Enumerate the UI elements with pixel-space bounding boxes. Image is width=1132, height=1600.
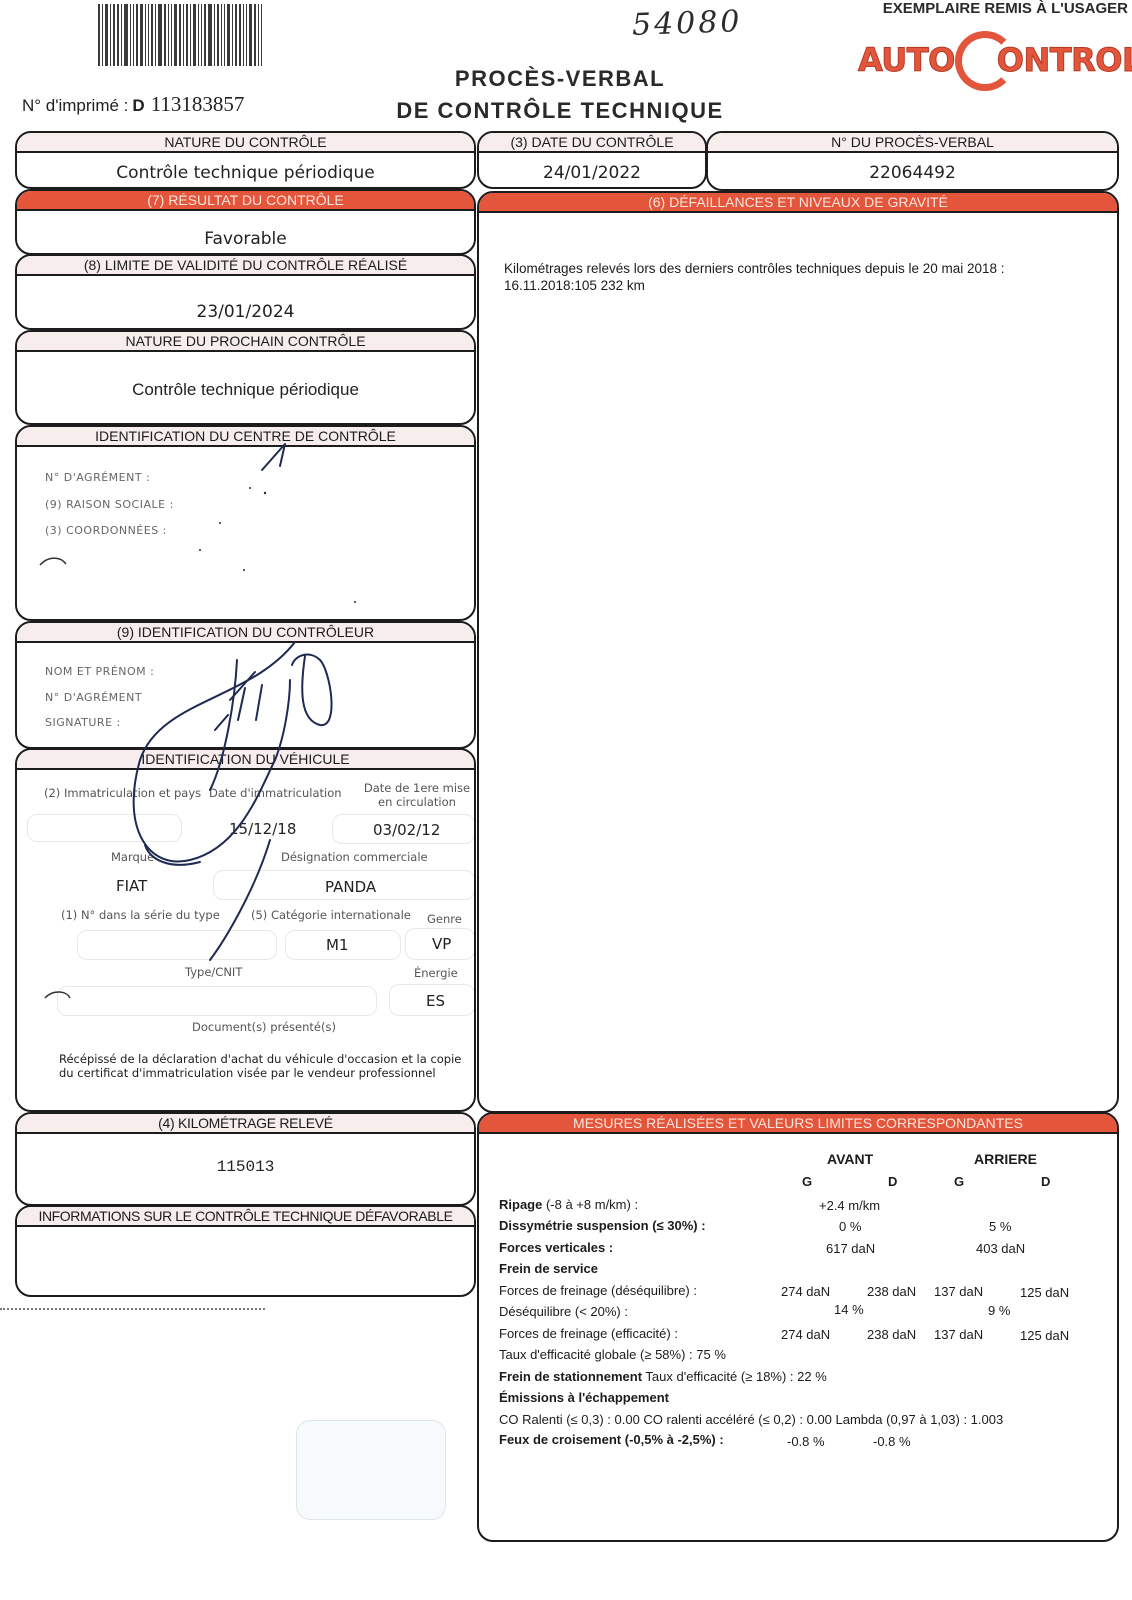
prochain-controle-value: Contrôle technique périodique xyxy=(17,352,474,400)
genre-value: VP xyxy=(432,935,451,953)
barcode xyxy=(98,4,358,66)
designation-label: Désignation commerciale xyxy=(281,850,428,864)
ripage-row: Ripage (-8 à +8 m/km) : xyxy=(499,1197,638,1212)
resultat-label: (7) RÉSULTAT DU CONTRÔLE xyxy=(17,191,474,211)
frein-stationnement-value: Taux d'efficacité (≥ 18%) : 22 % xyxy=(645,1369,826,1384)
freinage-deseq-ard: 125 daN xyxy=(1020,1285,1069,1300)
prochain-controle-box: NATURE DU PROCHAIN CONTRÔLE Contrôle tec… xyxy=(15,330,476,425)
type-cnit-field xyxy=(57,986,377,1016)
feux-limit: (-0,5% à -2,5%) : xyxy=(625,1432,724,1447)
document-title-line1: PROCÈS-VERBAL xyxy=(380,66,740,92)
barcode-bar xyxy=(190,4,191,66)
documents-line2: du certificat d'immatriculation visée pa… xyxy=(59,1066,436,1080)
controleur-signature-label: SIGNATURE : xyxy=(45,716,121,729)
dissymetrie-label: Dissymétrie suspension xyxy=(499,1218,649,1233)
forces-verticales-arriere: 403 daN xyxy=(976,1241,1025,1256)
frein-stationnement-row: Frein de stationnement Taux d'efficacité… xyxy=(499,1369,827,1384)
paper-fold-line xyxy=(0,1308,265,1310)
energie-value: ES xyxy=(426,992,445,1010)
controleur-box: (9) IDENTIFICATION DU CONTRÔLEUR NOM ET … xyxy=(15,621,476,749)
freinage-deseq-label: Forces de freinage (déséquilibre) : xyxy=(499,1283,697,1298)
limite-validite-value: 23/01/2024 xyxy=(17,276,474,322)
barcode-bar xyxy=(164,4,166,66)
nature-controle-box: NATURE DU CONTRÔLE Contrôle technique pé… xyxy=(15,131,476,189)
date-mec-label-1: Date de 1ere mise xyxy=(357,781,476,795)
barcode-bar xyxy=(151,4,153,66)
co-line: CO Ralenti (≤ 0,3) : 0.00 CO ralenti acc… xyxy=(499,1412,1003,1427)
desequilibre-avant: 14 % xyxy=(834,1302,864,1317)
ripage-value: +2.4 m/km xyxy=(819,1198,880,1213)
kilometrage-value: 115013 xyxy=(17,1134,474,1176)
logo-c-ring-icon xyxy=(955,31,1015,91)
defaillances-label: (6) DÉFAILLANCES ET NIVEAUX DE GRAVITÉ xyxy=(479,193,1117,213)
barcode-bar xyxy=(208,4,212,66)
categorie-value: M1 xyxy=(326,936,349,954)
num-serie-field xyxy=(77,930,277,960)
date-controle-label: (3) DATE DU CONTRÔLE xyxy=(479,133,705,153)
controleur-label: (9) IDENTIFICATION DU CONTRÔLEUR xyxy=(17,623,474,643)
barcode-bar xyxy=(261,4,262,66)
autocontrol-logo: AUTO ONTROL xyxy=(858,30,1132,90)
barcode-bar xyxy=(198,4,199,66)
centre-raison-sociale-label: (9) RAISON SOCIALE : xyxy=(45,498,174,511)
freinage-eff-label: Forces de freinage (efficacité) : xyxy=(499,1326,678,1341)
barcode-bar xyxy=(98,4,100,66)
nature-controle-value: Contrôle technique périodique xyxy=(17,153,474,183)
freinage-deseq-avd: 238 daN xyxy=(867,1284,916,1299)
barcode-bar xyxy=(148,4,149,66)
barcode-bar xyxy=(124,4,128,66)
desequilibre-label: Déséquilibre (< 20%) : xyxy=(499,1304,628,1319)
barcode-bar xyxy=(246,4,247,66)
barcode-bar xyxy=(179,4,181,66)
barcode-bar xyxy=(217,4,219,66)
numero-pv-box: N° DU PROCÈS-VERBAL 22064492 xyxy=(706,131,1119,191)
defavorable-label: INFORMATIONS SUR LE CONTRÔLE TECHNIQUE D… xyxy=(17,1207,474,1227)
feux-right: -0.8 % xyxy=(873,1434,911,1449)
date-immat-value: 15/12/18 xyxy=(229,820,296,838)
date-mec-label-2: en circulation xyxy=(357,795,476,809)
barcode-bar xyxy=(155,4,156,66)
print-number-series: D xyxy=(132,96,144,115)
frein-stationnement-label: Frein de stationnement xyxy=(499,1369,642,1384)
date-controle-value: 24/01/2022 xyxy=(479,153,705,183)
defavorable-box: INFORMATIONS SUR LE CONTRÔLE TECHNIQUE D… xyxy=(15,1205,476,1297)
defaillances-line2: 16.11.2018:105 232 km xyxy=(504,278,645,293)
barcode-bar xyxy=(239,4,241,66)
mesures-label: MESURES RÉALISÉES ET VALEURS LIMITES COR… xyxy=(479,1114,1117,1134)
forces-verticales-label: Forces verticales : xyxy=(499,1240,613,1255)
barcode-bar xyxy=(186,4,188,66)
barcode-bar xyxy=(158,4,162,66)
arriere-d-header: D xyxy=(1041,1174,1050,1189)
vehicule-box: IDENTIFICATION DU VÉHICULE (2) Immatricu… xyxy=(15,748,476,1112)
energie-label: Énergie xyxy=(414,966,458,980)
handwritten-note: 54080 xyxy=(631,4,743,43)
avant-header: AVANT xyxy=(827,1151,873,1167)
centre-agrement-label: N° D'AGRÉMENT : xyxy=(45,471,150,484)
taux-global: Taux d'efficacité globale (≥ 58%) : 75 % xyxy=(499,1347,726,1362)
document-title-line2: DE CONTRÔLE TECHNIQUE xyxy=(380,98,740,124)
barcode-bar xyxy=(235,4,237,66)
dissymetrie-row: Dissymétrie suspension (≤ 30%) : xyxy=(499,1218,706,1233)
documents-label: Document(s) présenté(s) xyxy=(192,1020,336,1034)
date-controle-box: (3) DATE DU CONTRÔLE 24/01/2022 xyxy=(477,131,707,189)
barcode-bar xyxy=(227,4,230,66)
dissymetrie-limit: (≤ 30%) : xyxy=(652,1218,705,1233)
date-immat-label: Date d'immatriculation xyxy=(209,786,342,800)
frein-service-label: Frein de service xyxy=(499,1261,598,1276)
barcode-bar xyxy=(204,4,206,66)
logo-text-left: AUTO xyxy=(858,41,955,79)
limite-validite-box: (8) LIMITE DE VALIDITÉ DU CONTRÔLE RÉALI… xyxy=(15,254,476,330)
feux-row: Feux de croisement (-0,5% à -2,5%) : xyxy=(499,1432,724,1447)
barcode-bar xyxy=(224,4,225,66)
barcode-bar xyxy=(136,4,138,66)
print-number-label: N° d'imprimé : xyxy=(22,96,128,115)
kilometrage-box: (4) KILOMÉTRAGE RELEVÉ 115013 xyxy=(15,1112,476,1206)
barcode-bar xyxy=(113,4,115,66)
num-serie-label: (1) N° dans la série du type xyxy=(61,908,220,922)
avant-d-header: D xyxy=(888,1174,897,1189)
designation-value: PANDA xyxy=(325,878,376,896)
barcode-bar xyxy=(102,4,103,66)
print-number-value: 113183857 xyxy=(151,92,245,116)
avant-g-header: G xyxy=(802,1174,812,1189)
genre-label: Genre xyxy=(427,912,462,926)
limite-validite-label: (8) LIMITE DE VALIDITÉ DU CONTRÔLE RÉALI… xyxy=(17,256,474,276)
marque-value: FIAT xyxy=(116,877,147,895)
barcode-bar xyxy=(254,4,256,66)
copy-note: EXEMPLAIRE REMIS À L'USAGER xyxy=(858,0,1128,17)
barcode-bar xyxy=(174,4,177,66)
barcode-bar xyxy=(183,4,184,66)
marque-label: Marque xyxy=(111,850,154,864)
dissymetrie-arriere: 5 % xyxy=(989,1219,1011,1234)
freinage-eff-arg: 137 daN xyxy=(934,1327,983,1342)
barcode-bar xyxy=(171,4,172,66)
barcode-bar xyxy=(168,4,169,66)
mesures-box: MESURES RÉALISÉES ET VALEURS LIMITES COR… xyxy=(477,1112,1119,1542)
freinage-eff-ard: 125 daN xyxy=(1020,1328,1069,1343)
arriere-header: ARRIERE xyxy=(974,1151,1037,1167)
barcode-bar xyxy=(193,4,196,66)
barcode-bar xyxy=(221,4,222,66)
immatriculation-field xyxy=(27,814,182,842)
nature-controle-label: NATURE DU CONTRÔLE xyxy=(17,133,474,153)
type-cnit-label: Type/CNIT xyxy=(185,965,242,979)
controleur-nom-label: NOM ET PRÉNOM : xyxy=(45,665,154,678)
resultat-box: (7) RÉSULTAT DU CONTRÔLE Favorable xyxy=(15,189,476,255)
controleur-agrement-label: N° D'AGRÉMENT xyxy=(45,691,142,704)
barcode-bar xyxy=(110,4,111,66)
centre-coordonnees-label: (3) COORDONNÉES : xyxy=(45,524,167,537)
barcode-bar xyxy=(201,4,202,66)
barcode-bar xyxy=(130,4,131,66)
date-mec-value: 03/02/12 xyxy=(373,821,440,839)
numero-pv-value: 22064492 xyxy=(708,153,1117,183)
barcode-bar xyxy=(145,4,146,66)
freinage-eff-avg: 274 daN xyxy=(781,1327,830,1342)
barcode-bar xyxy=(232,4,233,66)
barcode-bar xyxy=(133,4,134,66)
barcode-bar xyxy=(105,4,108,66)
defaillances-line1: Kilométrages relevés lors des derniers c… xyxy=(504,261,1005,276)
arriere-g-header: G xyxy=(954,1174,964,1189)
kilometrage-label: (4) KILOMÉTRAGE RELEVÉ xyxy=(17,1114,474,1134)
prochain-controle-label: NATURE DU PROCHAIN CONTRÔLE xyxy=(17,332,474,352)
freinage-deseq-arg: 137 daN xyxy=(934,1284,983,1299)
barcode-bar xyxy=(117,4,119,66)
desequilibre-arriere: 9 % xyxy=(988,1303,1010,1318)
ripage-label: Ripage xyxy=(499,1197,542,1212)
barcode-bar xyxy=(258,4,259,66)
defaillances-box: (6) DÉFAILLANCES ET NIVEAUX DE GRAVITÉ K… xyxy=(477,191,1119,1113)
dissymetrie-avant: 0 % xyxy=(839,1219,861,1234)
blank-stamp-area xyxy=(296,1420,446,1520)
numero-pv-label: N° DU PROCÈS-VERBAL xyxy=(708,133,1117,153)
forces-verticales-avant: 617 daN xyxy=(826,1241,875,1256)
barcode-bar xyxy=(214,4,215,66)
logo-text-right: ONTROL xyxy=(997,41,1132,79)
barcode-bar xyxy=(140,4,143,66)
barcode-bar xyxy=(121,4,122,66)
emissions-label: Émissions à l'échappement xyxy=(499,1390,669,1405)
immatriculation-label: (2) Immatriculation et pays xyxy=(44,786,201,800)
resultat-value: Favorable xyxy=(17,211,474,249)
freinage-deseq-avg: 274 daN xyxy=(781,1284,830,1299)
centre-controle-label: IDENTIFICATION DU CENTRE DE CONTRÔLE xyxy=(17,427,474,447)
feux-label: Feux de croisement xyxy=(499,1432,621,1447)
ripage-limit: (-8 à +8 m/km) : xyxy=(546,1197,638,1212)
freinage-eff-avd: 238 daN xyxy=(867,1327,916,1342)
print-number: N° d'imprimé :D113183857 xyxy=(22,92,244,117)
vehicule-label: IDENTIFICATION DU VÉHICULE xyxy=(17,750,474,770)
centre-controle-box: IDENTIFICATION DU CENTRE DE CONTRÔLE N° … xyxy=(15,425,476,621)
barcode-bar xyxy=(243,4,244,66)
barcode-bar xyxy=(249,4,252,66)
documents-line1: Récépissé de la déclaration d'achat du v… xyxy=(59,1052,461,1066)
feux-left: -0.8 % xyxy=(787,1434,825,1449)
categorie-label: (5) Catégorie internationale xyxy=(251,908,411,922)
